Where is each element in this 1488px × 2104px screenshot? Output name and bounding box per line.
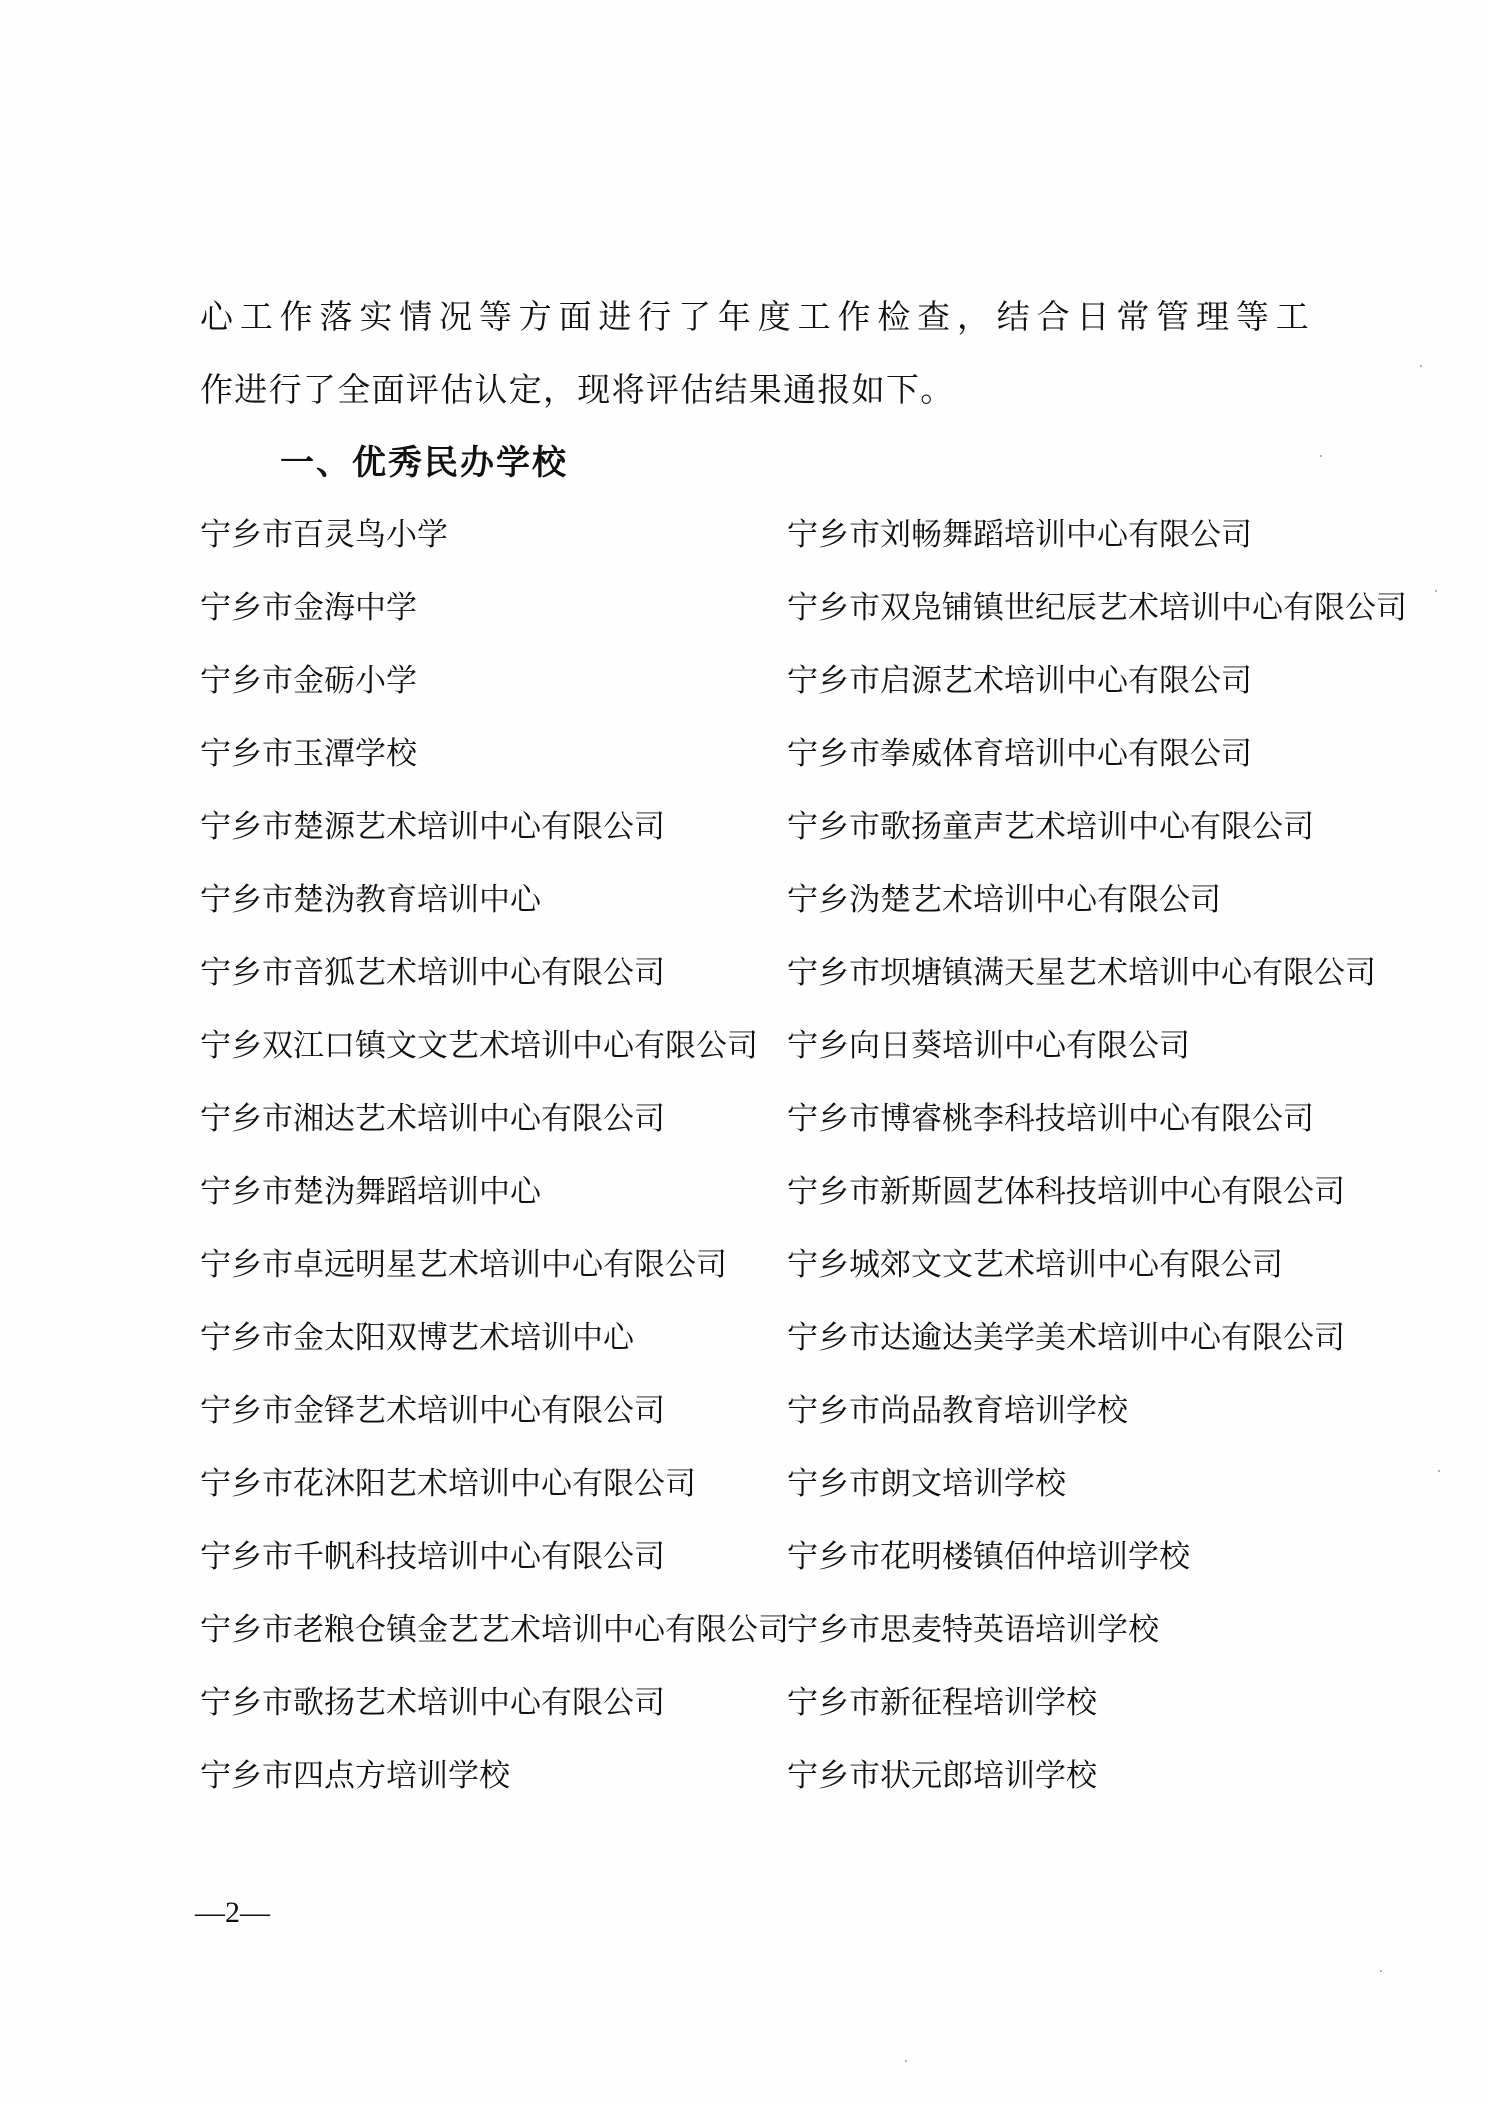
school-list-item: 宁乡市楚沩舞蹈培训中心 [200,1172,541,1212]
school-list-item: 宁乡市音狐艺术培训中心有限公司 [200,953,665,993]
school-list-item: 宁乡市千帆科技培训中心有限公司 [200,1537,665,1577]
school-list-item: 宁乡市百灵鸟小学 [200,515,448,555]
school-list-item: 宁乡市花沐阳艺术培训中心有限公司 [200,1464,696,1504]
school-list-item: 宁乡市达逾达美学美术培训中心有限公司 [787,1318,1345,1358]
school-list-item: 宁乡市楚源艺术培训中心有限公司 [200,807,665,847]
school-list-item: 宁乡市歌扬童声艺术培训中心有限公司 [787,807,1314,847]
school-list-item: 宁乡双江口镇文文艺术培训中心有限公司 [200,1026,758,1066]
school-list-item: 宁乡市新斯圆艺体科技培训中心有限公司 [787,1172,1345,1212]
scan-speck [905,2060,907,2062]
scan-speck [1420,365,1422,367]
school-list-item: 宁乡城郊文文艺术培训中心有限公司 [787,1245,1283,1285]
scan-speck [1438,1470,1440,1472]
school-list-item: 宁乡市拳威体育培训中心有限公司 [787,734,1252,774]
school-list-item: 宁乡市玉潭学校 [200,734,417,774]
school-list-item: 宁乡市博睿桃李科技培训中心有限公司 [787,1099,1314,1139]
school-list-item: 宁乡市金太阳双博艺术培训中心 [200,1318,634,1358]
scan-speck [1380,1970,1382,1972]
school-list-item: 宁乡市坝塘镇满天星艺术培训中心有限公司 [787,953,1376,993]
school-list-item: 宁乡市新征程培训学校 [787,1683,1097,1723]
school-list-item: 宁乡向日葵培训中心有限公司 [787,1026,1190,1066]
school-list-item: 宁乡市思麦特英语培训学校 [787,1610,1159,1650]
school-list-item: 宁乡市金海中学 [200,588,417,628]
school-list-item: 宁乡市双凫铺镇世纪辰艺术培训中心有限公司 [787,588,1407,628]
intro-paragraph-line-1: 心工作落实情况等方面进行了年度工作检查，结合日常管理等工 [200,297,1310,337]
school-list-item: 宁乡市朗文培训学校 [787,1464,1066,1504]
document-page: 心工作落实情况等方面进行了年度工作检查，结合日常管理等工 作进行了全面评估认定，… [0,0,1488,2104]
school-list-item: 宁乡沩楚艺术培训中心有限公司 [787,880,1221,920]
page-number: —2— [195,1893,270,1933]
school-list-item: 宁乡市状元郎培训学校 [787,1756,1097,1796]
school-list-item: 宁乡市四点方培训学校 [200,1756,510,1796]
school-list-item: 宁乡市花明楼镇佰仲培训学校 [787,1537,1190,1577]
school-list-item: 宁乡市湘达艺术培训中心有限公司 [200,1099,665,1139]
school-list-item: 宁乡市尚品教育培训学校 [787,1391,1128,1431]
school-list-item: 宁乡市启源艺术培训中心有限公司 [787,661,1252,701]
school-list-item: 宁乡市老粮仓镇金艺艺术培训中心有限公司 [200,1610,789,1650]
school-list-item: 宁乡市楚沩教育培训中心 [200,880,541,920]
school-list-item: 宁乡市金铎艺术培训中心有限公司 [200,1391,665,1431]
school-list-item: 宁乡市卓远明星艺术培训中心有限公司 [200,1245,727,1285]
intro-paragraph-line-2: 作进行了全面评估认定，现将评估结果通报如下。 [200,370,1310,410]
school-list-item: 宁乡市歌扬艺术培训中心有限公司 [200,1683,665,1723]
school-list-item: 宁乡市刘畅舞蹈培训中心有限公司 [787,515,1252,555]
section-heading: 一、优秀民办学校 [280,443,568,483]
school-list-item: 宁乡市金砺小学 [200,661,417,701]
scan-speck [1320,455,1322,457]
scan-speck [1435,590,1437,592]
